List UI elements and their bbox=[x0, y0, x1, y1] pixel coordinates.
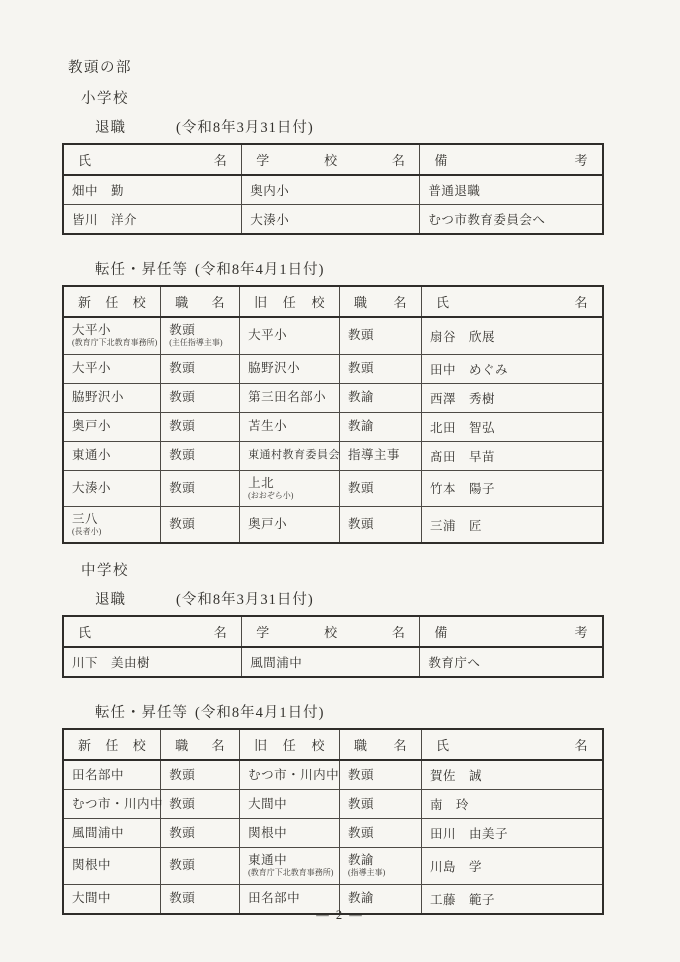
column-header-name: 氏名 bbox=[422, 286, 603, 317]
cell-new-school: 脇野沢小 bbox=[63, 383, 161, 412]
cell-old-position: 教諭 (指導主事) bbox=[339, 848, 421, 884]
table-row: むつ市・川内中 教頭 大間中 教頭 南 玲 bbox=[63, 790, 603, 819]
cell-new-position: 教頭 bbox=[161, 470, 240, 506]
column-header-school: 学校名 bbox=[242, 616, 420, 647]
cell-school: 風間浦中 bbox=[242, 647, 420, 677]
cell-name: 三浦 匠 bbox=[422, 506, 603, 543]
cell-new-school: 大湊小 bbox=[63, 470, 161, 506]
cell-new-school: 三八 (長者小) bbox=[63, 506, 161, 543]
junior-high-retirement-heading: 退職 (令和8年3月31日付) bbox=[95, 590, 680, 610]
table-row: 東通小 教頭 東通村教育委員会 指導主事 髙田 早苗 bbox=[63, 441, 603, 470]
table-row: 皆川 洋介 大湊小 むつ市教育委員会へ bbox=[63, 204, 603, 234]
cell-old-position: 指導主事 bbox=[339, 441, 421, 470]
elementary-transfer-heading: 転任・昇任等 (令和8年4月1日付) bbox=[95, 260, 680, 280]
cell-school: 奥内小 bbox=[242, 175, 420, 205]
cell-old-position: 教諭 bbox=[339, 383, 421, 412]
cell-name: 畑中 勤 bbox=[63, 175, 242, 205]
cell-old-school: 大平小 bbox=[240, 317, 340, 354]
column-header-name: 氏名 bbox=[63, 144, 242, 175]
cell-old-position: 教諭 bbox=[339, 412, 421, 441]
cell-old-school: 関根中 bbox=[240, 819, 340, 848]
table-row: 畑中 勤 奥内小 普通退職 bbox=[63, 175, 603, 205]
table-row: 大平小 教頭 脇野沢小 教頭 田中 めぐみ bbox=[63, 354, 603, 383]
cell-old-position: 教頭 bbox=[339, 317, 421, 354]
retirement-date: (令和8年3月31日付) bbox=[176, 590, 314, 610]
column-header-name: 氏名 bbox=[63, 616, 242, 647]
cell-name: 川島 学 bbox=[422, 848, 603, 884]
cell-old-school: むつ市・川内中 bbox=[240, 760, 340, 790]
table-row: 大湊小 教頭 上北 (おおぞら小) 教頭 竹本 陽子 bbox=[63, 470, 603, 506]
cell-old-position: 教頭 bbox=[339, 790, 421, 819]
cell-old-position: 教頭 bbox=[339, 354, 421, 383]
column-header-old-position: 職名 bbox=[339, 286, 421, 317]
cell-name: 北田 智弘 bbox=[422, 412, 603, 441]
table-row: 川下 美由樹 風間浦中 教育庁へ bbox=[63, 647, 603, 677]
cell-name: 川下 美由樹 bbox=[63, 647, 242, 677]
header-row: 氏名 学校名 備考 bbox=[63, 144, 603, 175]
transfer-label: 転任・昇任等 bbox=[95, 260, 188, 280]
cell-new-position: 教頭 bbox=[161, 848, 240, 884]
cell-new-position: 教頭 bbox=[161, 819, 240, 848]
cell-new-school: 奥戸小 bbox=[63, 412, 161, 441]
cell-name: 賀佐 誠 bbox=[422, 760, 603, 790]
junior-high-transfer-heading: 転任・昇任等 (令和8年4月1日付) bbox=[95, 703, 680, 723]
cell-old-school: 上北 (おおぞら小) bbox=[240, 470, 340, 506]
cell-new-school: 大平小 (教育庁下北教育事務所) bbox=[63, 317, 161, 354]
cell-name: 田川 由美子 bbox=[422, 819, 603, 848]
table-row: 田名部中 教頭 むつ市・川内中 教頭 賀佐 誠 bbox=[63, 760, 603, 790]
scanned-document-page: 教頭の部 小学校 退職 (令和8年3月31日付) 氏名 学校名 備考 畑中 勤 … bbox=[0, 0, 680, 962]
cell-old-position: 教頭 bbox=[339, 760, 421, 790]
table-row: 風間浦中 教頭 関根中 教頭 田川 由美子 bbox=[63, 819, 603, 848]
cell-old-school: 東通村教育委員会 bbox=[240, 441, 340, 470]
cell-new-position: 教頭 bbox=[161, 383, 240, 412]
table-row: 脇野沢小 教頭 第三田名部小 教諭 西澤 秀樹 bbox=[63, 383, 603, 412]
cell-name: 皆川 洋介 bbox=[63, 204, 242, 234]
table-row: 三八 (長者小) 教頭 奥戸小 教頭 三浦 匠 bbox=[63, 506, 603, 543]
cell-new-school: 田名部中 bbox=[63, 760, 161, 790]
cell-name: 田中 めぐみ bbox=[422, 354, 603, 383]
transfer-label: 転任・昇任等 bbox=[95, 703, 188, 723]
cell-remarks: 普通退職 bbox=[420, 175, 603, 205]
elementary-retirement-heading: 退職 (令和8年3月31日付) bbox=[95, 118, 680, 138]
elementary-transfer-table: 新任校 職名 旧任校 職名 氏名 大平小 (教育庁下北教育事務所) 教頭 (主任… bbox=[62, 285, 604, 544]
table-row: 大平小 (教育庁下北教育事務所) 教頭 (主任指導主事) 大平小 教頭 扇谷 欣… bbox=[63, 317, 603, 354]
junior-high-retirement-table: 氏名 学校名 備考 川下 美由樹 風間浦中 教育庁へ bbox=[62, 615, 604, 678]
column-header-remarks: 備考 bbox=[420, 144, 603, 175]
cell-old-school: 脇野沢小 bbox=[240, 354, 340, 383]
column-header-new-school: 新任校 bbox=[63, 729, 161, 760]
cell-name: 南 玲 bbox=[422, 790, 603, 819]
cell-new-position: 教頭 bbox=[161, 441, 240, 470]
cell-new-school: むつ市・川内中 bbox=[63, 790, 161, 819]
column-header-old-school: 旧任校 bbox=[240, 286, 340, 317]
column-header-old-school: 旧任校 bbox=[240, 729, 340, 760]
table-row: 奥戸小 教頭 苫生小 教諭 北田 智弘 bbox=[63, 412, 603, 441]
junior-high-transfer-table: 新任校 職名 旧任校 職名 氏名 田名部中 教頭 むつ市・川内中 bbox=[62, 728, 604, 914]
cell-name: 竹本 陽子 bbox=[422, 470, 603, 506]
column-header-new-position: 職名 bbox=[161, 286, 240, 317]
cell-new-school: 東通小 bbox=[63, 441, 161, 470]
retirement-label: 退職 bbox=[95, 590, 126, 610]
cell-old-position: 教頭 bbox=[339, 506, 421, 543]
page-number: — 2 — bbox=[0, 908, 680, 923]
cell-remarks: 教育庁へ bbox=[420, 647, 603, 677]
column-header-new-position: 職名 bbox=[161, 729, 240, 760]
cell-name: 髙田 早苗 bbox=[422, 441, 603, 470]
elementary-level-title: 小学校 bbox=[81, 89, 680, 109]
cell-old-school: 東通中 (教育庁下北教育事務所) bbox=[240, 848, 340, 884]
cell-old-position: 教頭 bbox=[339, 470, 421, 506]
column-header-remarks: 備考 bbox=[420, 616, 603, 647]
transfer-date: (令和8年4月1日付) bbox=[195, 260, 324, 280]
header-row: 新任校 職名 旧任校 職名 氏名 bbox=[63, 286, 603, 317]
cell-new-position: 教頭 bbox=[161, 760, 240, 790]
cell-name: 西澤 秀樹 bbox=[422, 383, 603, 412]
table-row: 関根中 教頭 東通中 (教育庁下北教育事務所) 教諭 (指導主事) 川島 学 bbox=[63, 848, 603, 884]
column-header-name: 氏名 bbox=[422, 729, 603, 760]
column-header-new-school: 新任校 bbox=[63, 286, 161, 317]
column-header-school: 学校名 bbox=[242, 144, 420, 175]
header-row: 氏名 学校名 備考 bbox=[63, 616, 603, 647]
column-header-old-position: 職名 bbox=[339, 729, 421, 760]
cell-new-school: 大平小 bbox=[63, 354, 161, 383]
cell-old-position: 教頭 bbox=[339, 819, 421, 848]
cell-new-position: 教頭 bbox=[161, 506, 240, 543]
cell-remarks: むつ市教育委員会へ bbox=[420, 204, 603, 234]
junior-high-level-title: 中学校 bbox=[81, 561, 680, 581]
cell-old-school: 大間中 bbox=[240, 790, 340, 819]
cell-new-school: 風間浦中 bbox=[63, 819, 161, 848]
cell-old-school: 第三田名部小 bbox=[240, 383, 340, 412]
header-row: 新任校 職名 旧任校 職名 氏名 bbox=[63, 729, 603, 760]
cell-new-position: 教頭 bbox=[161, 412, 240, 441]
part-title: 教頭の部 bbox=[68, 58, 680, 78]
retirement-date: (令和8年3月31日付) bbox=[176, 118, 314, 138]
cell-new-position: 教頭 bbox=[161, 354, 240, 383]
cell-new-school: 関根中 bbox=[63, 848, 161, 884]
cell-old-school: 苫生小 bbox=[240, 412, 340, 441]
cell-new-position: 教頭 (主任指導主事) bbox=[161, 317, 240, 354]
cell-name: 扇谷 欣展 bbox=[422, 317, 603, 354]
cell-old-school: 奥戸小 bbox=[240, 506, 340, 543]
cell-school: 大湊小 bbox=[242, 204, 420, 234]
retirement-label: 退職 bbox=[95, 118, 126, 138]
cell-new-position: 教頭 bbox=[161, 790, 240, 819]
elementary-retirement-table: 氏名 学校名 備考 畑中 勤 奥内小 普通退職 皆川 洋介 大湊小 むつ市教育委… bbox=[62, 143, 604, 235]
transfer-date: (令和8年4月1日付) bbox=[195, 703, 324, 723]
